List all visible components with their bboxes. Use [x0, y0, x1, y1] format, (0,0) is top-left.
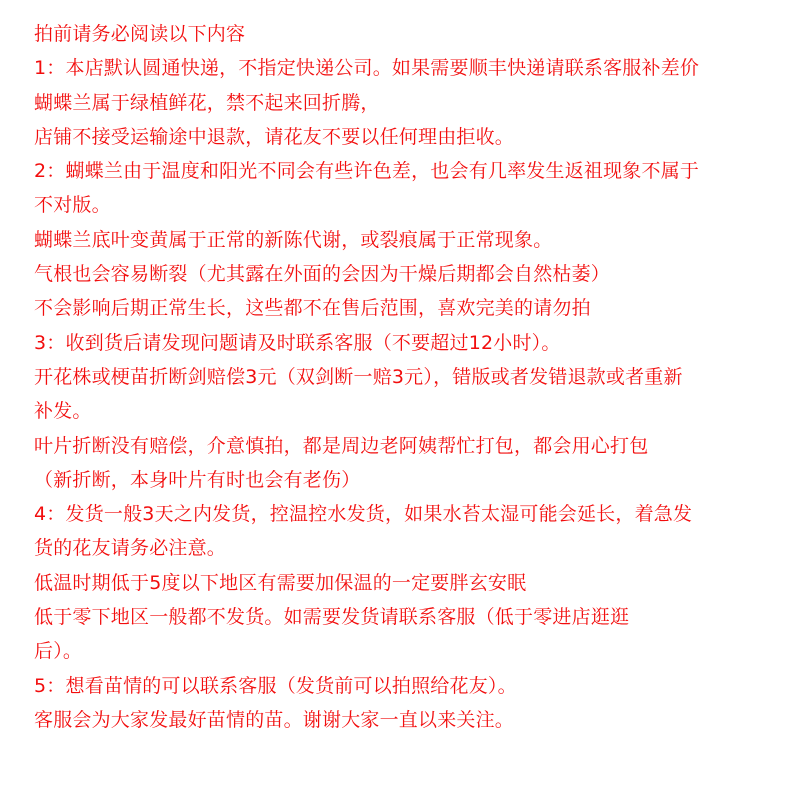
notice-line-no-refund-in-transit: 店铺不接受运输途中退款，请花友不要以任何理由拒收。 — [34, 120, 794, 154]
notice-line-color-variance-cont: 不对版。 — [34, 188, 794, 222]
purchase-notice: 拍前请务必阅读以下内容 1：本店默认圆通快递，不指定快递公司。如果需要顺丰快递请… — [34, 17, 794, 737]
notice-line-compensation-cont: 补发。 — [34, 394, 794, 428]
notice-line-compensation: 开花株或梗苗折断剑赔偿3元（双剑断一赔3元），错版或者发错退款或者重新 — [34, 360, 794, 394]
notice-title: 拍前请务必阅读以下内容 — [34, 17, 794, 51]
notice-line-thanks: 客服会为大家发最好苗情的苗。谢谢大家一直以来关注。 — [34, 703, 794, 737]
notice-line-dispatch-time: 4：发货一般3天之内发货，控温控水发货，如果水苔太湿可能会延长，着急发 — [34, 497, 794, 531]
notice-line-shipping-default: 1：本店默认圆通快递，不指定快递公司。如果需要顺丰快递请联系客服补差价 — [34, 51, 794, 85]
notice-line-dispatch-time-cont: 货的花友请务必注意。 — [34, 531, 794, 565]
notice-line-contact-12h: 3：收到货后请发现问题请及时联系客服（不要超过12小时）。 — [34, 326, 794, 360]
notice-line-leaf-breakage-note: （新折断，本身叶片有时也会有老伤） — [34, 463, 794, 497]
notice-line-not-after-sales: 不会影响后期正常生长，这些都不在售后范围，喜欢完美的请勿拍 — [34, 291, 794, 325]
notice-line-yellow-leaves: 蝴蝶兰底叶变黄属于正常的新陈代谢，或裂痕属于正常现象。 — [34, 223, 794, 257]
notice-line-leaf-breakage: 叶片折断没有赔偿，介意慎拍，都是周边老阿姨帮忙打包，都会用心打包 — [34, 429, 794, 463]
notice-line-seedling-photos: 5：想看苗情的可以联系客服（发货前可以拍照给花友）。 — [34, 669, 794, 703]
notice-line-low-temp: 低温时期低于5度以下地区有需要加保温的一定要胖玄安眠 — [34, 566, 794, 600]
notice-line-below-zero: 低于零下地区一般都不发货。如需要发货请联系客服（低于零进店逛逛 — [34, 600, 794, 634]
notice-line-below-zero-cont: 后）。 — [34, 634, 794, 668]
notice-line-fragile: 蝴蝶兰属于绿植鲜花，禁不起来回折腾， — [34, 86, 794, 120]
notice-line-air-roots: 气根也会容易断裂（尤其露在外面的会因为干燥后期都会自然枯萎） — [34, 257, 794, 291]
notice-line-color-variance: 2：蝴蝶兰由于温度和阳光不同会有些许色差，也会有几率发生返祖现象不属于 — [34, 154, 794, 188]
